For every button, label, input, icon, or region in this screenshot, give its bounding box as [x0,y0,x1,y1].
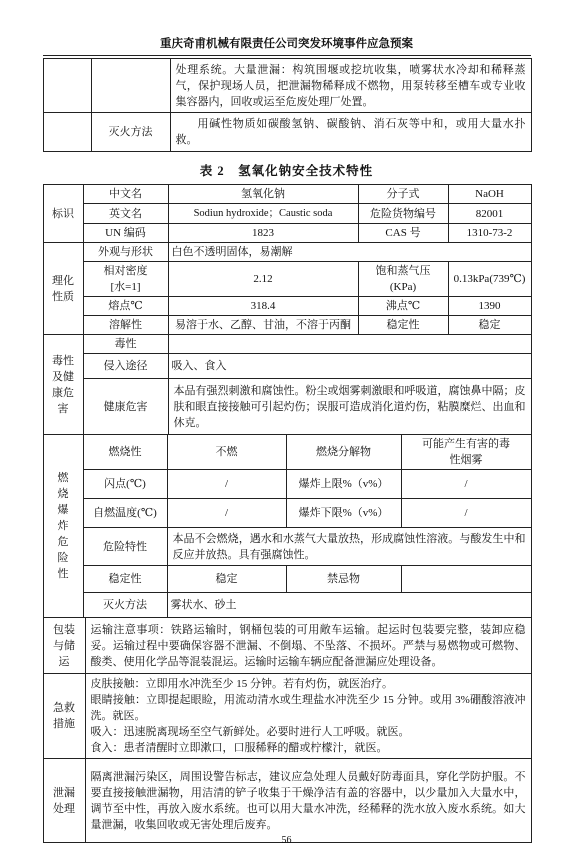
combustion-products-label: 燃烧分解物 [286,435,401,470]
section-label-physical: 理化 性质 [43,243,83,335]
dangerous-goods-no-value: 82001 [448,204,531,224]
table-row: 包装 与储 运 运输注意事项：铁路运输时，钢桶包装的可用敞车运输。起运时包装要完… [43,618,531,674]
flash-point-label: 闪点(℃) [83,470,167,499]
table-row: 灭火方法 雾状水、砂土 [43,593,531,618]
melting-point-value: 318.4 [168,297,358,316]
table-caption: 表 2 氢氧化钠安全技术特性 [43,161,531,179]
molecular-formula-value: NaOH [448,185,531,204]
toxicity-label: 毒性 [83,335,168,354]
table-row: 毒性 及健 康危 害 毒性 [43,335,531,354]
spill-handling-text: 处理系统。大量泄漏：构筑围堰或挖坑收集，喷雾状水冷却和稀释蒸气，保护现场人员，把… [170,59,531,113]
un-code-value: 1823 [168,224,358,243]
section-label-toxicity: 毒性 及健 康危 害 [43,335,83,435]
first-aid-ingestion: 食入：患者清醒时立即漱口，口服稀释的醋或柠檬汁，就医。 [91,740,526,756]
packing-transport-text: 运输注意事项：铁路运输时，钢桶包装的可用敞车运输。起运时包装要完整，装卸应稳妥。… [85,618,531,674]
vapor-pressure-label: 饱和蒸气压 (KPa) [358,262,448,297]
incompatibles-value [401,566,531,593]
emergency-table-fragment: 处理系统。大量泄漏：构筑围堰或挖坑收集，喷雾状水冷却和稀释蒸气，保护现场人员，把… [43,58,532,152]
flash-point-value: / [167,470,286,499]
flammability-label: 燃烧性 [83,435,167,470]
first-aid-eye: 眼睛接触：立即提起眼睑，用流动清水或生理盐水冲洗至少 15 分钟。或用 3%硼酸… [91,692,526,724]
chinese-name-value: 氢氧化钠 [168,185,358,204]
cas-no-label: CAS 号 [358,224,448,243]
un-code-label: UN 编码 [83,224,168,243]
table-row: 健康危害 本品有强烈刺激和腐蚀性。粉尘或烟雾刺激眼和呼吸道，腐蚀鼻中隔；皮肤和眼… [43,379,531,435]
table-row: 燃 烧 爆 炸 危 险 性 燃烧性 不燃 燃烧分解物 可能产生有害的毒性烟雾 [43,435,531,470]
autoignition-value: / [167,499,286,528]
dangerous-goods-no-label: 危险货物编号 [358,204,448,224]
combustion-products-value: 可能产生有害的毒性烟雾 [401,435,531,470]
section-label-leak: 泄漏 处理 [43,759,85,843]
exposure-route-label: 侵入途径 [83,354,168,379]
appearance-value: 白色不透明固体，易潮解 [168,243,531,262]
table-row: 熔点℃ 318.4 沸点℃ 1390 [43,297,531,316]
english-name-value: Sodiun hydroxide；Caustic soda [168,204,358,224]
first-aid-text: 皮肤接触：立即用水冲洗至少 15 分钟。若有灼伤，就医治疗。 眼睛接触：立即提起… [85,674,531,759]
identification-section: 标识 中文名 氢氧化钠 分子式 NaOH 英文名 Sodiun hydroxid… [43,184,532,243]
density-label: 相对密度 [水=1] [83,262,168,297]
vapor-pressure-value: 0.13kPa(739℃) [448,262,531,297]
stability-value: 稳定 [448,316,531,335]
melting-point-label: 熔点℃ [83,297,168,316]
page-number: 56 [0,835,573,846]
section-label-identification: 标识 [43,185,83,243]
first-aid-skin: 皮肤接触：立即用水冲洗至少 15 分钟。若有灼伤，就医治疗。 [91,676,526,692]
stability2-value: 稳定 [167,566,286,593]
fire-explosion-section: 燃 烧 爆 炸 危 险 性 燃烧性 不燃 燃烧分解物 可能产生有害的毒性烟雾 闪… [43,434,532,618]
table-row: 理化 性质 外观与形状 白色不透明固体，易潮解 [43,243,531,262]
table-row: 稳定性 稳定 禁忌物 [43,566,531,593]
exposure-route-value: 吸入、食入 [168,354,531,379]
extinguishing-method-value: 雾状水、砂土 [167,593,531,618]
table-row: 处理系统。大量泄漏：构筑围堰或挖坑收集，喷雾状水冷却和稀释蒸气，保护现场人员，把… [43,59,531,113]
section-label-fire-explosion: 燃 烧 爆 炸 危 险 性 [43,435,83,618]
boiling-point-value: 1390 [448,297,531,316]
toxicity-section: 毒性 及健 康危 害 毒性 侵入途径 吸入、食入 健康危害 本品有强烈刺激和腐蚀… [43,334,532,435]
table-row: 相对密度 [水=1] 2.12 饱和蒸气压 (KPa) 0.13kPa(739℃… [43,262,531,297]
hazard-characteristics-value: 本品不会燃烧，遇水和水蒸气大量放热，形成腐蚀性溶液。与酸发生中和反应并放热。具有… [167,528,531,566]
table-row: 灭火方法 用碱性物质如碳酸氢钠、碳酸钠、消石灰等中和，或用大量水扑救。 [43,113,531,152]
appearance-label: 外观与形状 [83,243,168,262]
solubility-label: 溶解性 [83,316,168,335]
explosion-upper-limit-value: / [401,470,531,499]
table-row: UN 编码 1823 CAS 号 1310-73-2 [43,224,531,243]
table-row: 自燃温度(℃) / 爆炸下限%（v%） / [43,499,531,528]
table-row: 危险特性 本品不会燃烧，遇水和水蒸气大量放热，形成腐蚀性溶液。与酸发生中和反应并… [43,528,531,566]
table-row: 溶解性 易溶于水、乙醇、甘油，不溶于丙酮 稳定性 稳定 [43,316,531,335]
table-row: 侵入途径 吸入、食入 [43,354,531,379]
explosion-upper-limit-label: 爆炸上限%（v%） [286,470,401,499]
section-cell-empty [43,59,91,113]
physical-properties-section: 理化 性质 外观与形状 白色不透明固体，易潮解 相对密度 [水=1] 2.12 … [43,242,532,335]
table-row: 标识 中文名 氢氧化钠 分子式 NaOH [43,185,531,204]
table-row: 英文名 Sodiun hydroxide；Caustic soda 危险货物编号… [43,204,531,224]
table-row: 泄漏 处理 隔离泄漏污染区，周围设警告标志，建议应急处理人员戴好防毒面具，穿化学… [43,759,531,843]
stability2-label: 稳定性 [83,566,167,593]
label-cell-empty [91,59,170,113]
solubility-value: 易溶于水、乙醇、甘油，不溶于丙酮 [168,316,358,335]
explosion-lower-limit-label: 爆炸下限%（v%） [286,499,401,528]
first-aid-section: 急救 措施 皮肤接触：立即用水冲洗至少 15 分钟。若有灼伤，就医治疗。 眼睛接… [43,673,532,759]
first-aid-inhalation: 吸入：迅速脱离现场至空气新鲜处。必要时进行人工呼吸。就医。 [91,724,526,740]
health-hazard-label: 健康危害 [83,379,168,435]
incompatibles-label: 禁忌物 [286,566,401,593]
toxicity-value [168,335,531,354]
fire-method-label: 灭火方法 [91,113,170,152]
table-row: 闪点(℃) / 爆炸上限%（v%） / [43,470,531,499]
leak-handling-text: 隔离泄漏污染区，周围设警告标志，建议应急处理人员戴好防毒面具，穿化学防护服。不要… [85,759,531,843]
health-hazard-value: 本品有强烈刺激和腐蚀性。粉尘或烟雾刺激眼和呼吸道，腐蚀鼻中隔；皮肤和眼直接接触可… [168,379,531,435]
chinese-name-label: 中文名 [83,185,168,204]
cas-no-value: 1310-73-2 [448,224,531,243]
section-label-packing: 包装 与储 运 [43,618,85,674]
leak-handling-section: 泄漏 处理 隔离泄漏污染区，周围设警告标志，建议应急处理人员戴好防毒面具，穿化学… [43,758,532,843]
document-page: 重庆奇甫机械有限责任公司突发环境事件应急预案 处理系统。大量泄漏：构筑围堰或挖坑… [43,0,531,843]
hazard-characteristics-label: 危险特性 [83,528,167,566]
autoignition-label: 自燃温度(℃) [83,499,167,528]
flammability-value: 不燃 [167,435,286,470]
stability-label: 稳定性 [358,316,448,335]
boiling-point-label: 沸点℃ [358,297,448,316]
density-value: 2.12 [168,262,358,297]
table-row: 急救 措施 皮肤接触：立即用水冲洗至少 15 分钟。若有灼伤，就医治疗。 眼睛接… [43,674,531,759]
molecular-formula-label: 分子式 [358,185,448,204]
page-header: 重庆奇甫机械有限责任公司突发环境事件应急预案 [43,36,531,56]
english-name-label: 英文名 [83,204,168,224]
fire-method-text: 用碱性物质如碳酸氢钠、碳酸钠、消石灰等中和，或用大量水扑救。 [170,113,531,152]
section-label-first-aid: 急救 措施 [43,674,85,759]
explosion-lower-limit-value: / [401,499,531,528]
packing-transport-section: 包装 与储 运 运输注意事项：铁路运输时，钢桶包装的可用敞车运输。起运时包装要完… [43,617,532,674]
extinguishing-method-label: 灭火方法 [83,593,167,618]
section-cell-empty [43,113,91,152]
